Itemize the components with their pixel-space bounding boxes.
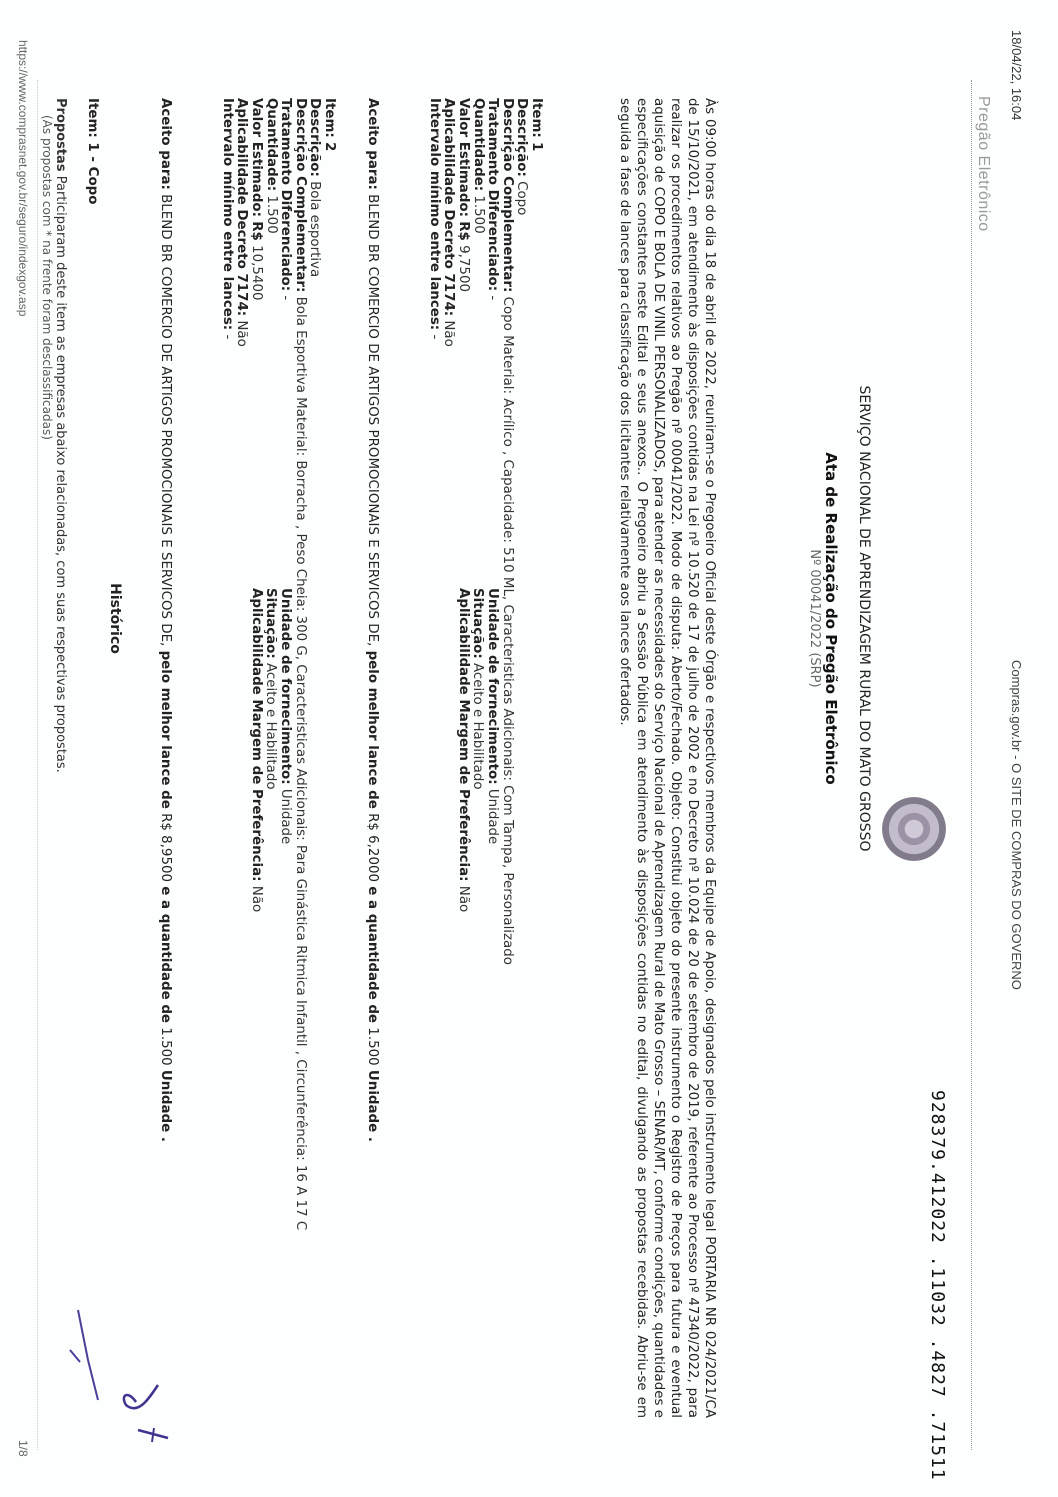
aceito-label: Aceito para: [365, 98, 380, 190]
item-2-acceptance: Aceito para: BLEND BR COMERCIO DE ARTIGO… [158, 98, 173, 1142]
document-title-text: Ata de Realização do Pregão Eletrônico [822, 452, 840, 784]
quantidade-value: 1.500 [264, 195, 279, 233]
decreto-value: Não [441, 320, 456, 346]
organization-text: SERVIÇO NACIONAL DE APRENDIZAGEM RURAL D… [856, 385, 872, 851]
valor-value: 10,5400 [249, 245, 264, 300]
intervalo-label: Intervalo mínimo entre lances: [220, 98, 235, 330]
valor-value: 9,7500 [456, 245, 471, 292]
decreto-value: Não [234, 320, 249, 346]
complementar-label: Descrição Complementar: [500, 98, 515, 292]
quantidade-final-label: e a quantidade de [158, 886, 173, 1023]
unidade-final: Unidade . [158, 1070, 173, 1142]
complementar-value: Copo Material: Acrílico , Capacidade: 51… [500, 297, 515, 965]
margem-label: Aplicabilidade Margem de Preferência: [456, 588, 471, 882]
document-code: 928379.412022 .11032 .4827 .71511 [927, 1090, 948, 1481]
item-number-row: Item: 1 [528, 98, 543, 965]
valor-currency: R$ [456, 221, 471, 241]
propostas-label: Propostas [53, 98, 68, 172]
descricao-row: Descrição: Copo [514, 98, 529, 965]
unidade-value: Unidade [278, 789, 293, 844]
margem-label: Aplicabilidade Margem de Preferência: [249, 588, 264, 882]
melhor-lance-value: R$ 6,2000 [365, 813, 380, 882]
quantidade-label: Quantidade: [264, 98, 279, 191]
handwritten-signature-icon [38, 1290, 198, 1470]
intervalo-value: - [427, 334, 442, 339]
historico-heading: Histórico [107, 0, 123, 1497]
coat-of-arms-icon [882, 797, 946, 861]
item-number: 2 [322, 142, 337, 151]
unidade-row: Unidade de fornecimento: Unidade [484, 588, 499, 912]
margem-value: Não [456, 886, 471, 912]
print-datetime: 18/04/22, 16:04 [1009, 30, 1024, 120]
propostas-line: Propostas Participaram deste item as emp… [53, 98, 68, 773]
complementar-row: Descrição Complementar: Copo Material: A… [499, 98, 514, 965]
valor-label: Valor Estimado: [456, 98, 471, 217]
document-number-text: Nº 00041/2022 (SRP) [807, 549, 822, 687]
tratamento-label: Tratamento Diferenciado: [485, 98, 500, 291]
melhor-lance-label: pelo melhor lance de [365, 651, 380, 809]
brand-pregao-eletronico: Pregão Eletrônico [974, 96, 992, 232]
unidade-row: Unidade de fornecimento: Unidade [277, 588, 292, 912]
item-2-supply-details: Unidade de fornecimento: Unidade Situaçã… [248, 588, 292, 912]
descricao-label: Descrição: [514, 98, 529, 177]
descricao-value: Bola esportiva [307, 181, 322, 277]
aceito-empresa: BLEND BR COMERCIO DE ARTIGOS PROMOCIONAI… [158, 194, 173, 646]
complementar-label: Descrição Complementar: [293, 98, 308, 292]
decreto-label: Aplicabilidade Decreto 7174: [234, 98, 249, 316]
aceito-empresa: BLEND BR COMERCIO DE ARTIGOS PROMOCIONAI… [365, 194, 380, 646]
descricao-label: Descrição: [307, 98, 322, 177]
margem-row: Aplicabilidade Margem de Preferência: Nã… [248, 588, 263, 912]
historico-title: Histórico [107, 583, 123, 654]
situacao-row: Situação: Aceito e Habilitado [263, 588, 278, 912]
historico-item-heading: Item: 1 - Copo [85, 98, 100, 204]
decreto-row: Aplicabilidade Decreto 7174: Não [234, 98, 249, 1230]
margem-value: Não [249, 886, 264, 912]
tratamento-value: - [485, 295, 500, 300]
propostas-text: Participaram deste item as empresas abai… [53, 176, 68, 773]
page-number: 1/8 [16, 1440, 30, 1457]
intervalo-value: - [220, 334, 235, 339]
situacao-value: Aceito e Habilitado [470, 663, 485, 790]
item-1-acceptance: Aceito para: BLEND BR COMERCIO DE ARTIGO… [365, 98, 380, 1142]
organization-name: SERVIÇO NACIONAL DE APRENDIZAGEM RURAL D… [856, 0, 872, 1497]
unidade-label: Unidade de fornecimento: [278, 588, 293, 785]
intervalo-label: Intervalo mínimo entre lances: [427, 98, 442, 330]
item-1-supply-details: Unidade de fornecimento: Unidade Situaçã… [455, 588, 499, 912]
valor-currency: R$ [249, 221, 264, 241]
situacao-label: Situação: [263, 588, 278, 659]
tratamento-value: - [278, 295, 293, 300]
quantidade-final-value: 1.500 [365, 1027, 380, 1065]
propostas-note: (As propostas com * na frente foram desc… [40, 115, 54, 440]
intervalo-row: Intervalo mínimo entre lances: - [219, 98, 234, 1230]
decreto-label: Aplicabilidade Decreto 7174: [441, 98, 456, 316]
situacao-value: Aceito e Habilitado [263, 663, 278, 790]
item-number: 1 [529, 142, 544, 151]
site-title: Compras.gov.br - O SITE DE COMPRAS DO GO… [1009, 660, 1024, 990]
item-label: Item: [322, 98, 337, 138]
melhor-lance-label: pelo melhor lance de [158, 651, 173, 809]
tratamento-label: Tratamento Diferenciado: [278, 98, 293, 291]
intervalo-row: Intervalo mínimo entre lances: - [426, 98, 441, 965]
descricao-value: Copo [514, 181, 529, 215]
quantidade-label: Quantidade: [471, 98, 486, 191]
situacao-label: Situação: [470, 588, 485, 659]
situacao-row: Situação: Aceito e Habilitado [470, 588, 485, 912]
header-divider [971, 80, 972, 1450]
quantidade-final-label: e a quantidade de [365, 886, 380, 1023]
item-label: Item: [529, 98, 544, 138]
rotated-scanned-page: 18/04/22, 16:04 Compras.gov.br - O SITE … [0, 0, 1058, 1497]
unidade-final: Unidade . [365, 1070, 380, 1142]
quantidade-final-value: 1.500 [158, 1027, 173, 1065]
descricao-row: Descrição: Bola esportiva [307, 98, 322, 1230]
footer-url: https://www.comprasnet.gov.br/seguro/ind… [16, 40, 30, 316]
intro-paragraph: Às 09:00 horas do dia 18 de abril de 202… [616, 98, 718, 1418]
unidade-label: Unidade de fornecimento: [485, 588, 500, 785]
item-number-row: Item: 2 [321, 98, 336, 1230]
quantidade-value: 1.500 [471, 195, 486, 233]
valor-label: Valor Estimado: [249, 98, 264, 217]
melhor-lance-value: R$ 8,9500 [158, 813, 173, 882]
unidade-value: Unidade [485, 789, 500, 844]
aceito-label: Aceito para: [158, 98, 173, 190]
decreto-row: Aplicabilidade Decreto 7174: Não [441, 98, 456, 965]
document-number: Nº 00041/2022 (SRP) [807, 0, 822, 1497]
document-title: Ata de Realização do Pregão Eletrônico [822, 0, 840, 1497]
complementar-value: Bola Esportiva Material: Borracha , Peso… [293, 297, 308, 1231]
footer-divider [37, 80, 38, 1450]
complementar-row: Descrição Complementar: Bola Esportiva M… [292, 98, 307, 1230]
margem-row: Aplicabilidade Margem de Preferência: Nã… [455, 588, 470, 912]
